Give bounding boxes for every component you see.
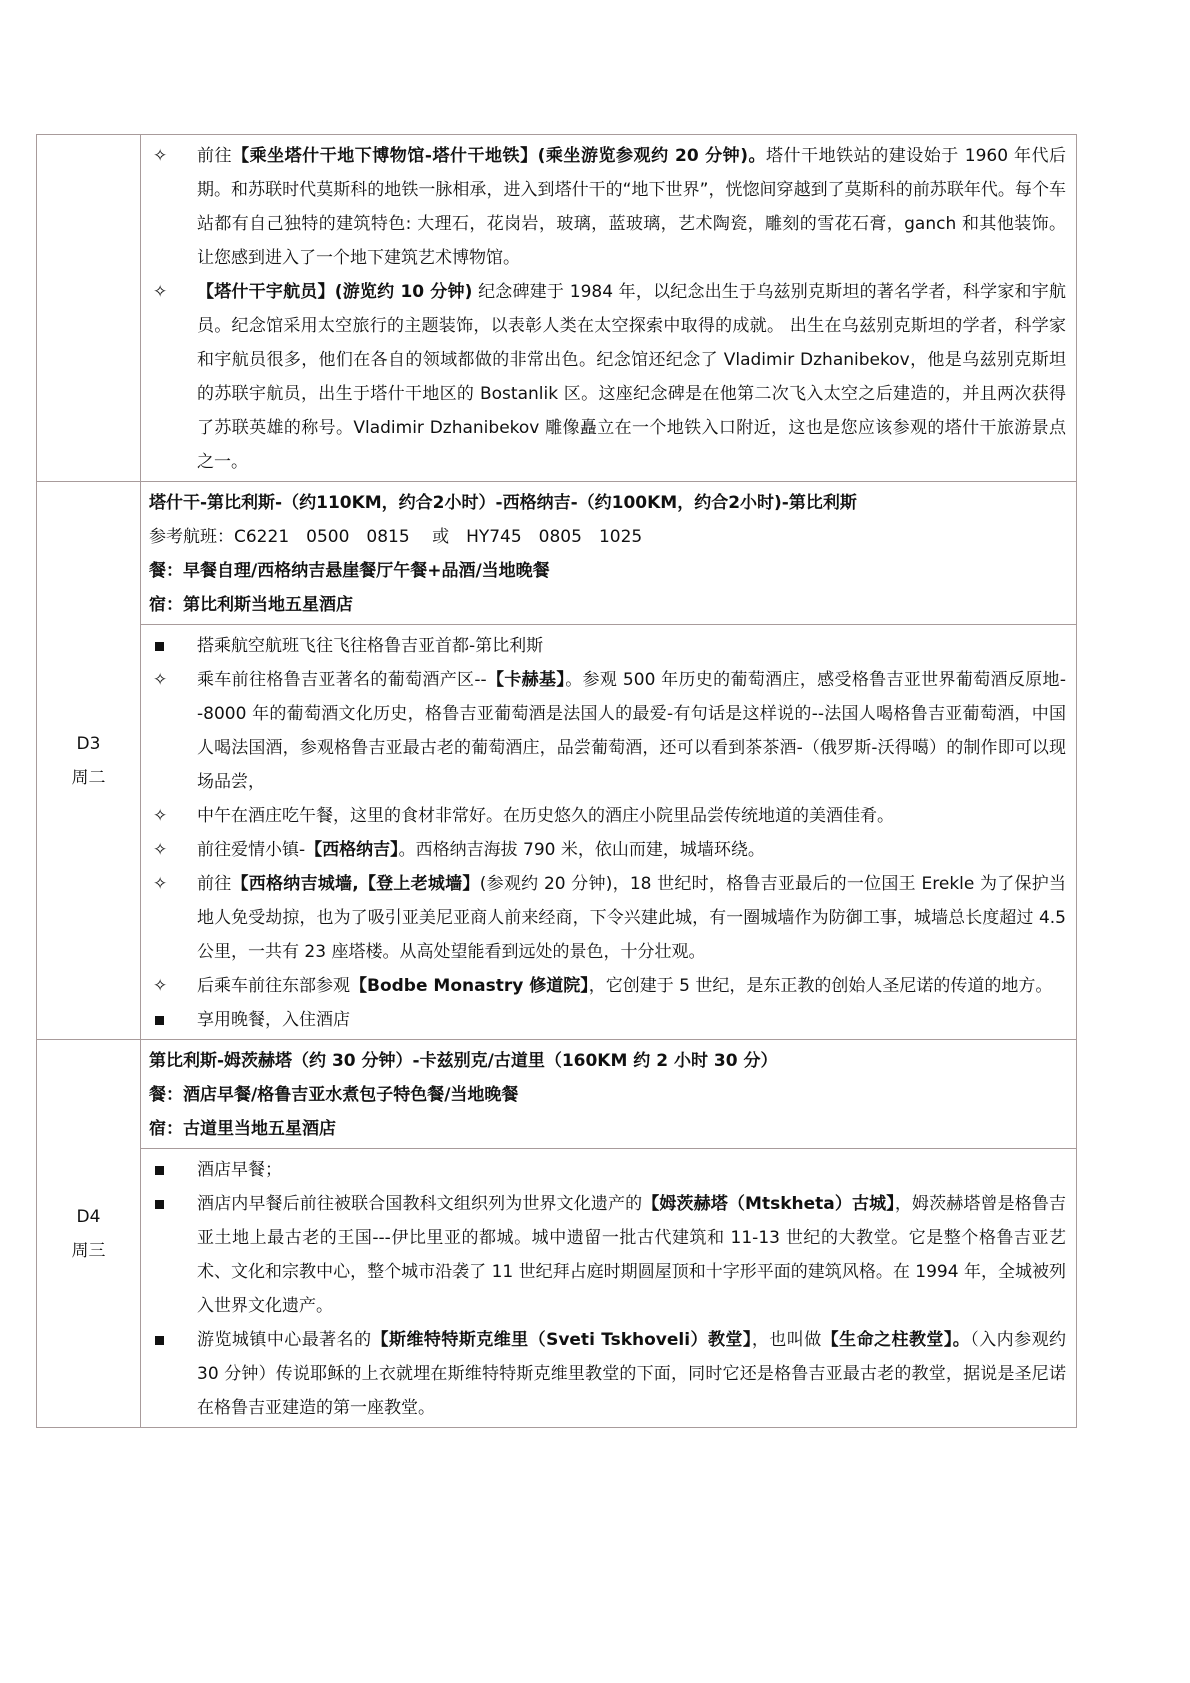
day-cell-d4: D4 周三 xyxy=(37,1040,141,1428)
attraction-name: 【西格纳吉城墙,【登上老城墙】 xyxy=(232,874,480,894)
weekday: 周三 xyxy=(37,1234,140,1268)
square-bullet-icon xyxy=(149,629,197,663)
activities-cell: ✧ 前往【乘坐塔什干地下博物馆-塔什干地铁】(乘坐游览参观约 20 分钟)。塔什… xyxy=(141,135,1077,482)
square-bullet-icon xyxy=(149,1187,197,1323)
square-bullet-icon xyxy=(149,1003,197,1037)
attraction-name: 【塔什干宇航员】(游览约 10 分钟) xyxy=(197,282,472,302)
attraction-name: 【乘坐塔什干地下博物馆-塔什干地铁】(乘坐游览参观约 20 分钟)。 xyxy=(232,146,766,166)
list-item: ✧ 前往【乘坐塔什干地下博物馆-塔什干地铁】(乘坐游览参观约 20 分钟)。塔什… xyxy=(149,139,1066,275)
hotel-info: 宿：第比利斯当地五星酒店 xyxy=(149,588,1066,622)
list-item: ✧ 【塔什干宇航员】(游览约 10 分钟) 纪念碑建于 1984 年，以纪念出生… xyxy=(149,275,1066,479)
list-item: 酒店早餐； xyxy=(149,1153,1066,1187)
attraction-name: 【Bodbe Monastry 修道院】 xyxy=(350,976,589,996)
weekday: 周二 xyxy=(37,761,140,795)
itinerary-table: ✧ 前往【乘坐塔什干地下博物馆-塔什干地铁】(乘坐游览参观约 20 分钟)。塔什… xyxy=(36,134,1077,1428)
flight-reference: 参考航班：C6221 0500 0815 或 HY745 0805 1025 xyxy=(149,520,1066,554)
attraction-name: 【姆茨赫塔（Mtskheta）古城】 xyxy=(642,1194,895,1214)
list-item: ✧ 中午在酒庄吃午餐，这里的食材非常好。在历史悠久的酒庄小院里品尝传统地道的美酒… xyxy=(149,799,1066,833)
day-number: D4 xyxy=(37,1200,140,1234)
meals-info: 餐：酒店早餐/格鲁吉亚水煮包子特色餐/当地晚餐 xyxy=(149,1078,1066,1112)
diamond-bullet-icon: ✧ xyxy=(149,275,197,479)
diamond-bullet-icon: ✧ xyxy=(149,663,197,799)
diamond-bullet-icon: ✧ xyxy=(149,139,197,275)
table-row-d3-header: D3 周二 塔什干-第比利斯-（约110KM，约合2小时）-西格纳吉-（约100… xyxy=(37,482,1077,625)
attraction-alias: 【生命之柱教堂】。 xyxy=(822,1330,971,1350)
itinerary-page: ✧ 前往【乘坐塔什干地下博物馆-塔什干地铁】(乘坐游览参观约 20 分钟)。塔什… xyxy=(36,134,1076,1428)
attraction-name: 【卡赫基】 xyxy=(487,670,566,690)
list-item: 游览城镇中心最著名的【斯维特特斯克维里（Sveti Tskhoveli）教堂】，… xyxy=(149,1323,1066,1425)
list-item: 酒店内早餐后前往被联合国教科文组织列为世界文化遗产的【姆茨赫塔（Mtskheta… xyxy=(149,1187,1066,1323)
list-item: 搭乘航空航班飞往飞往格鲁吉亚首都-第比利斯 xyxy=(149,629,1066,663)
diamond-bullet-icon: ✧ xyxy=(149,969,197,1003)
route-title: 第比利斯-姆茨赫塔（约 30 分钟）-卡兹别克/古道里（160KM 约 2 小时… xyxy=(149,1044,1066,1078)
diamond-bullet-icon: ✧ xyxy=(149,833,197,867)
activities-cell: 酒店早餐； 酒店内早餐后前往被联合国教科文组织列为世界文化遗产的【姆茨赫塔（Mt… xyxy=(141,1149,1077,1428)
list-item: ✧ 乘车前往格鲁吉亚著名的葡萄酒产区--【卡赫基】。参观 500 年历史的葡萄酒… xyxy=(149,663,1066,799)
hotel-info: 宿：古道里当地五星酒店 xyxy=(149,1112,1066,1146)
list-item: ✧ 前往爱情小镇-【西格纳吉】。西格纳吉海拔 790 米，依山而建，城墙环绕。 xyxy=(149,833,1066,867)
day-cell-empty xyxy=(37,135,141,482)
list-item: 享用晚餐，入住酒店 xyxy=(149,1003,1066,1037)
table-row-d2-tail: ✧ 前往【乘坐塔什干地下博物馆-塔什干地铁】(乘坐游览参观约 20 分钟)。塔什… xyxy=(37,135,1077,482)
diamond-bullet-icon: ✧ xyxy=(149,867,197,969)
attraction-name: 【斯维特特斯克维里（Sveti Tskhoveli）教堂】 xyxy=(372,1330,752,1350)
table-row-d4-activities: 酒店早餐； 酒店内早餐后前往被联合国教科文组织列为世界文化遗产的【姆茨赫塔（Mt… xyxy=(37,1149,1077,1428)
list-item: ✧ 后乘车前往东部参观【Bodbe Monastry 修道院】，它创建于 5 世… xyxy=(149,969,1066,1003)
day-cell-d3: D3 周二 xyxy=(37,482,141,1040)
meals-info: 餐：早餐自理/西格纳吉悬崖餐厅午餐+品酒/当地晚餐 xyxy=(149,554,1066,588)
table-row-d3-activities: 搭乘航空航班飞往飞往格鲁吉亚首都-第比利斯 ✧ 乘车前往格鲁吉亚著名的葡萄酒产区… xyxy=(37,625,1077,1040)
list-item: ✧ 前往【西格纳吉城墙,【登上老城墙】(参观约 20 分钟)，18 世纪时，格鲁… xyxy=(149,867,1066,969)
table-row-d4-header: D4 周三 第比利斯-姆茨赫塔（约 30 分钟）-卡兹别克/古道里（160KM … xyxy=(37,1040,1077,1149)
activities-cell: 搭乘航空航班飞往飞往格鲁吉亚首都-第比利斯 ✧ 乘车前往格鲁吉亚著名的葡萄酒产区… xyxy=(141,625,1077,1040)
day-summary-cell: 塔什干-第比利斯-（约110KM，约合2小时）-西格纳吉-（约100KM，约合2… xyxy=(141,482,1077,625)
day-summary-cell: 第比利斯-姆茨赫塔（约 30 分钟）-卡兹别克/古道里（160KM 约 2 小时… xyxy=(141,1040,1077,1149)
attraction-name: 【西格纳吉】 xyxy=(305,840,399,860)
diamond-bullet-icon: ✧ xyxy=(149,799,197,833)
day-number: D3 xyxy=(37,727,140,761)
square-bullet-icon xyxy=(149,1153,197,1187)
square-bullet-icon xyxy=(149,1323,197,1425)
route-title: 塔什干-第比利斯-（约110KM，约合2小时）-西格纳吉-（约100KM，约合2… xyxy=(149,486,1066,520)
